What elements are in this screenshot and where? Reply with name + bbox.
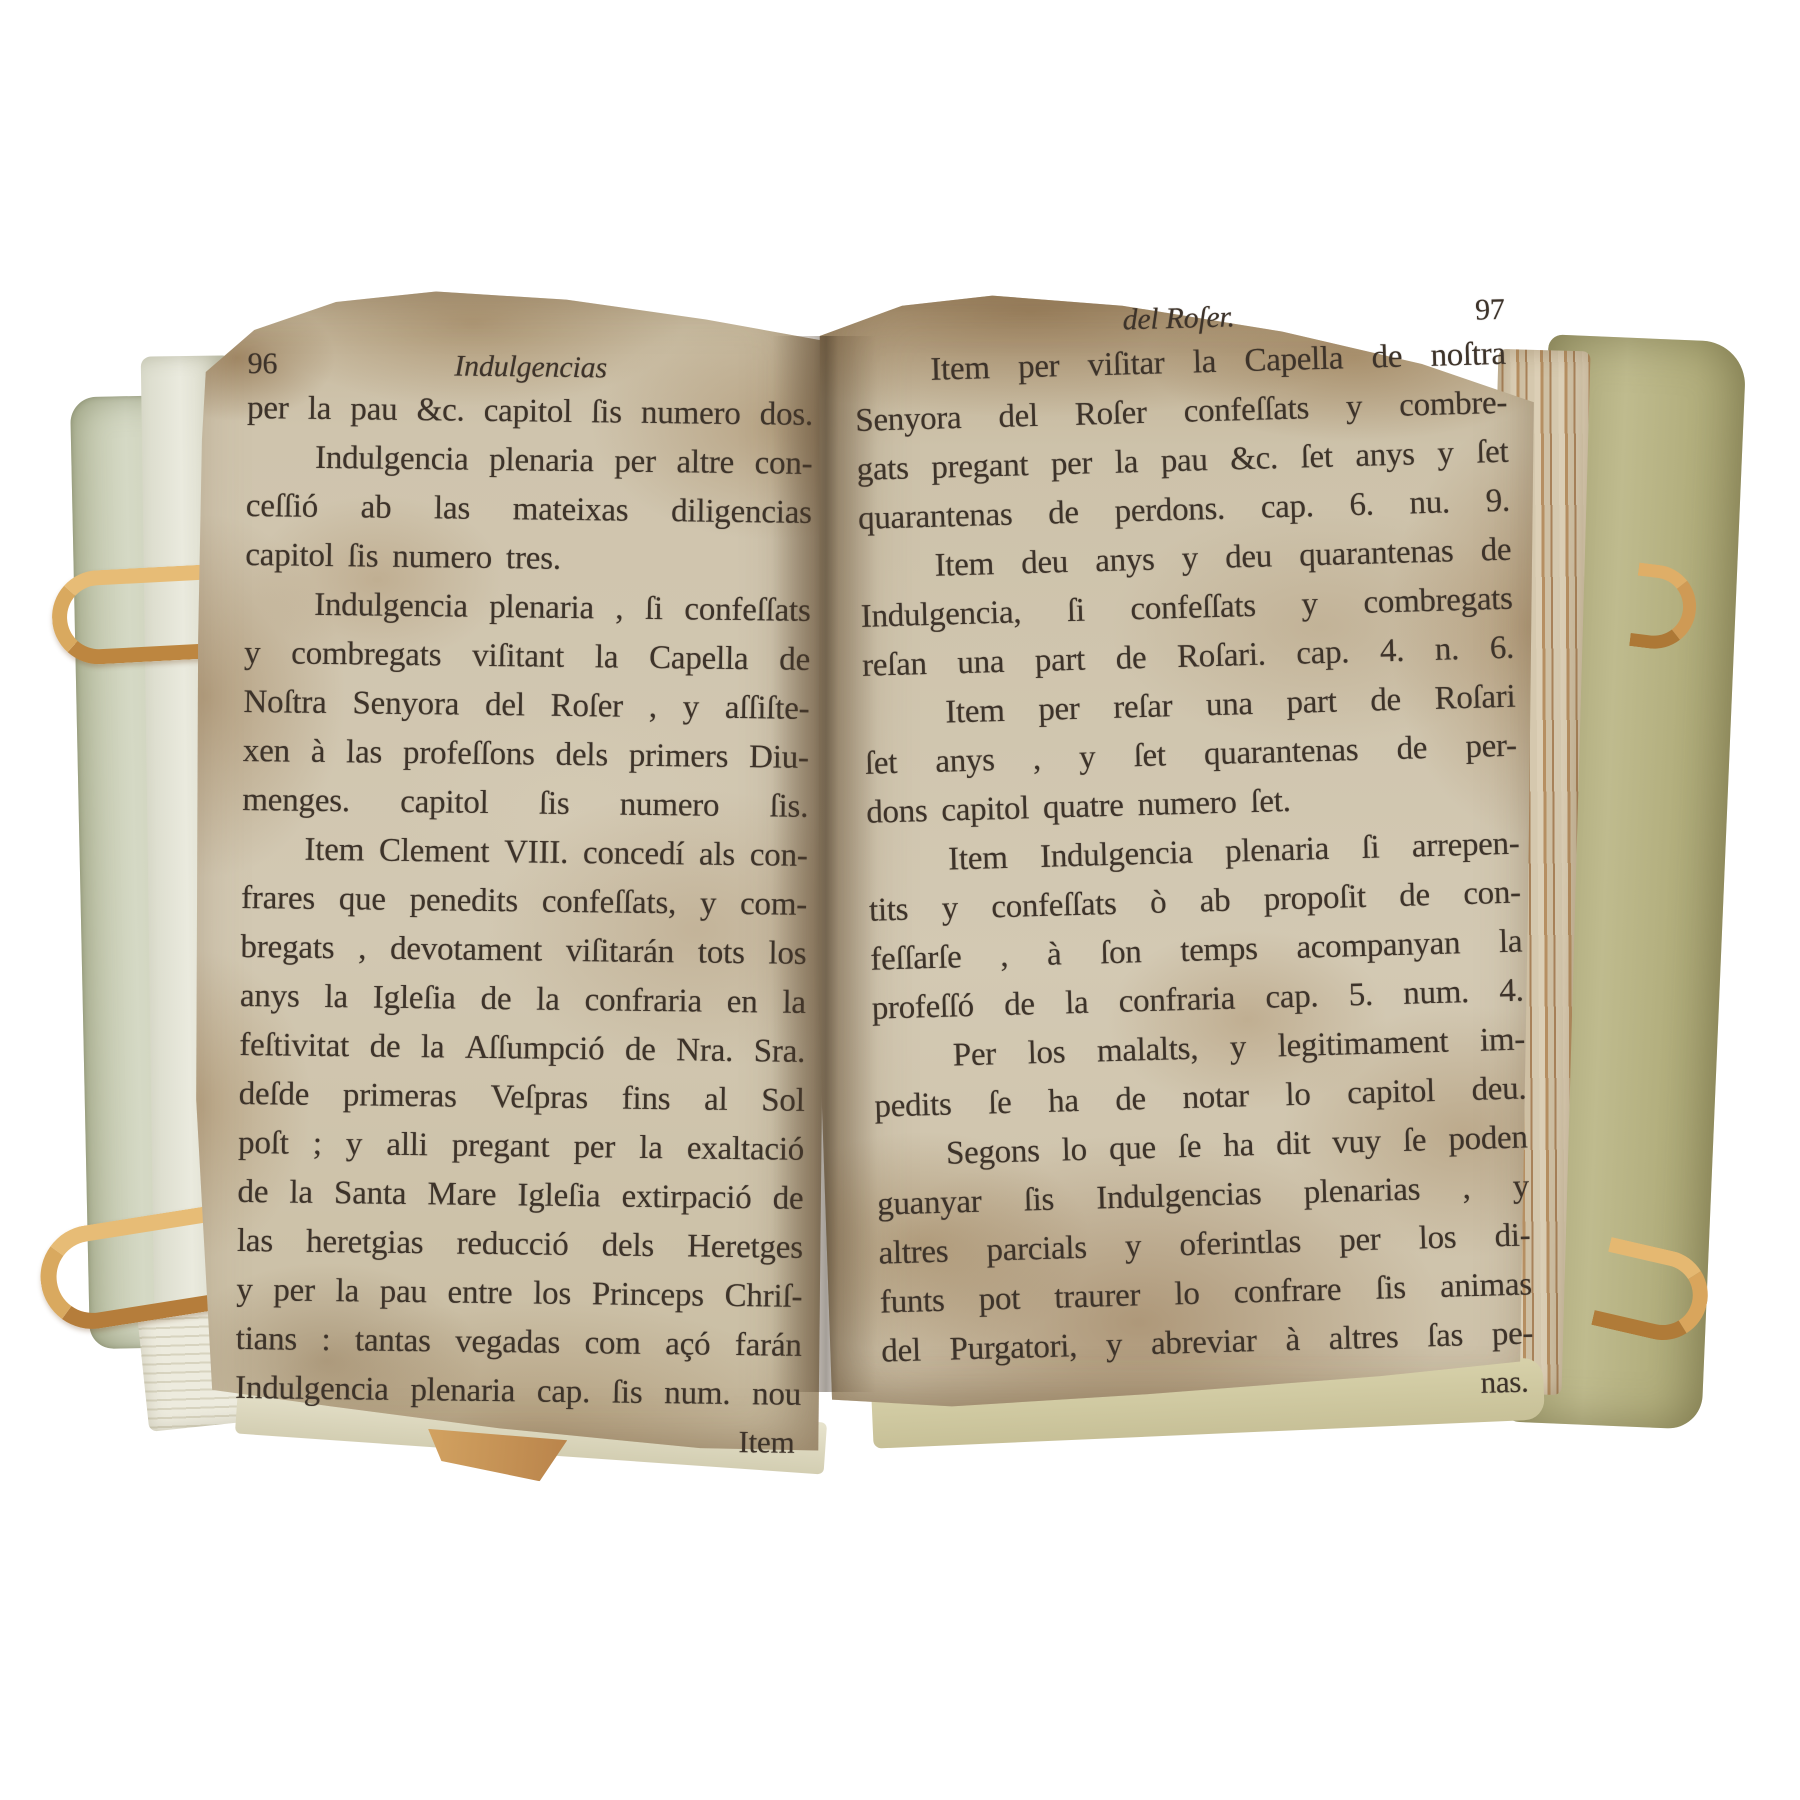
text-line: lasheretgiasreducciódelsHeretges bbox=[237, 1217, 804, 1273]
text-line: deſdeprimerasVeſprasfinsalSol bbox=[238, 1070, 805, 1126]
text-line: perlapau&c.capitolſisnumerodos. bbox=[247, 384, 814, 440]
text-line: ceſſióablasmateixasdiligencias bbox=[246, 482, 813, 538]
page-number-right: 97 bbox=[1424, 290, 1505, 332]
text-line: fraresquepeneditsconfeſſats,ycom- bbox=[241, 874, 808, 930]
text-line: poſt;yallipregantperlaexaltació bbox=[238, 1119, 805, 1175]
text-line: bregats,devotamentviſitarántotslos bbox=[240, 923, 807, 979]
text-line: yperlapauentrelosPrincepsChriſ- bbox=[236, 1266, 803, 1322]
text-line: Indulgenciaplenariacap.ſisnum.nou bbox=[235, 1364, 802, 1420]
page-left-lines: perlapau&c.capitolſisnumerodos.Indulgenc… bbox=[235, 384, 814, 1420]
page-left-text: 96 Indulgencias perlapau&c.capitolſisnum… bbox=[234, 336, 814, 1466]
running-header-left: Indulgencias bbox=[327, 345, 733, 390]
text-line: ItemClementVIII.concedíalscon- bbox=[241, 825, 808, 881]
text-line: capitol ſis numero tres. bbox=[245, 531, 812, 587]
text-line: xenàlasprofeſſonsdelsprimersDiu- bbox=[243, 727, 810, 783]
text-line: ycombregatsviſitantlaCapellade bbox=[244, 629, 811, 685]
text-line: feſtivitatdelaAſſumpciódeNra.Sra. bbox=[239, 1021, 806, 1077]
text-line: Indulgenciaplenaria,ſiconfeſſats bbox=[244, 580, 811, 636]
catchword-left: Item bbox=[234, 1413, 801, 1466]
page-number-left: 96 bbox=[247, 344, 327, 385]
text-line: menges.capitolſisnumeroſis. bbox=[242, 776, 809, 832]
text-line: delaSantaMareIgleſiaextirpacióde bbox=[237, 1168, 804, 1224]
page-right-lines: ItemperviſitarlaCapelladenoſtraSenyorade… bbox=[853, 330, 1533, 1377]
page-right-text: del Roſer. 97 ItemperviſitarlaCapelladen… bbox=[852, 282, 1535, 1423]
text-line: Indulgenciaplenariaperaltrecon- bbox=[246, 433, 813, 489]
book-photo: 96 Indulgencias perlapau&c.capitolſisnum… bbox=[0, 0, 1800, 1800]
text-line: tians:tantasvegadascomaçófarán bbox=[235, 1315, 802, 1371]
page-left-header: 96 Indulgencias bbox=[247, 336, 814, 391]
text-line: NoſtraSenyoradelRoſer,yaſſiſte- bbox=[243, 678, 810, 734]
text-line: anyslaIgleſiadelaconfrariaenla bbox=[240, 972, 807, 1028]
